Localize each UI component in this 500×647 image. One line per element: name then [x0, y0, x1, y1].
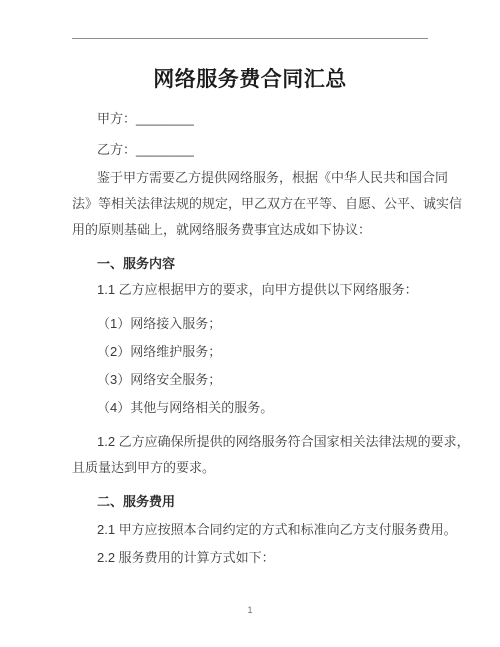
clause-2-2: 2.2 服务费用的计算方式如下： — [72, 545, 428, 571]
party-a-row: 甲方：________ — [72, 106, 428, 132]
party-b-blank-line: ________ — [136, 142, 194, 157]
preamble-line-3: 用的原则基础上，就网络服务费事宜达成如下协议： — [72, 217, 428, 243]
clause-1-1: 1.1 乙方应根据甲方的要求，向甲方提供以下网络服务： — [72, 277, 428, 303]
clause-1-2-paragraph: 1.2 乙方应确保所提供的网络服务符合国家相关法律法规的要求， 且质量达到甲方的… — [72, 429, 428, 481]
service-item-1: （1）网络接入服务； — [72, 311, 428, 337]
party-b-row: 乙方：________ — [72, 137, 428, 163]
clause-2-1: 2.1 甲方应按照本合同约定的方式和标准向乙方支付服务费用。 — [72, 517, 428, 543]
service-item-4: （4）其他与网络相关的服务。 — [72, 395, 428, 421]
clause-1-2-line-1: 1.2 乙方应确保所提供的网络服务符合国家相关法律法规的要求， — [72, 429, 428, 455]
party-a-blank-line: ________ — [136, 111, 194, 126]
preamble-paragraph: 鉴于甲方需要乙方提供网络服务，根据《中华人民共和国合同 法》等相关法律法规的规定… — [72, 165, 428, 243]
service-item-3: （3）网络安全服务； — [72, 367, 428, 393]
document-page: 网络服务费合同汇总 甲方：________ 乙方：________ 鉴于甲方需要… — [0, 0, 500, 647]
section-2-heading: 二、服务费用 — [72, 489, 428, 515]
document-content: 网络服务费合同汇总 甲方：________ 乙方：________ 鉴于甲方需要… — [0, 67, 500, 617]
page-number: 1 — [72, 603, 428, 617]
party-b-label: 乙方： — [97, 142, 136, 157]
preamble-line-2: 法》等相关法律法规的规定，甲乙双方在平等、自愿、公平、诚实信 — [72, 191, 428, 217]
preamble-line-1: 鉴于甲方需要乙方提供网络服务，根据《中华人民共和国合同 — [72, 165, 428, 191]
document-title: 网络服务费合同汇总 — [72, 67, 428, 93]
party-a-label: 甲方： — [97, 111, 136, 126]
clause-1-2-line-2: 且质量达到甲方的要求。 — [72, 455, 428, 481]
service-item-2: （2）网络维护服务； — [72, 339, 428, 365]
header-rule — [72, 38, 428, 39]
section-1-heading: 一、服务内容 — [72, 251, 428, 277]
